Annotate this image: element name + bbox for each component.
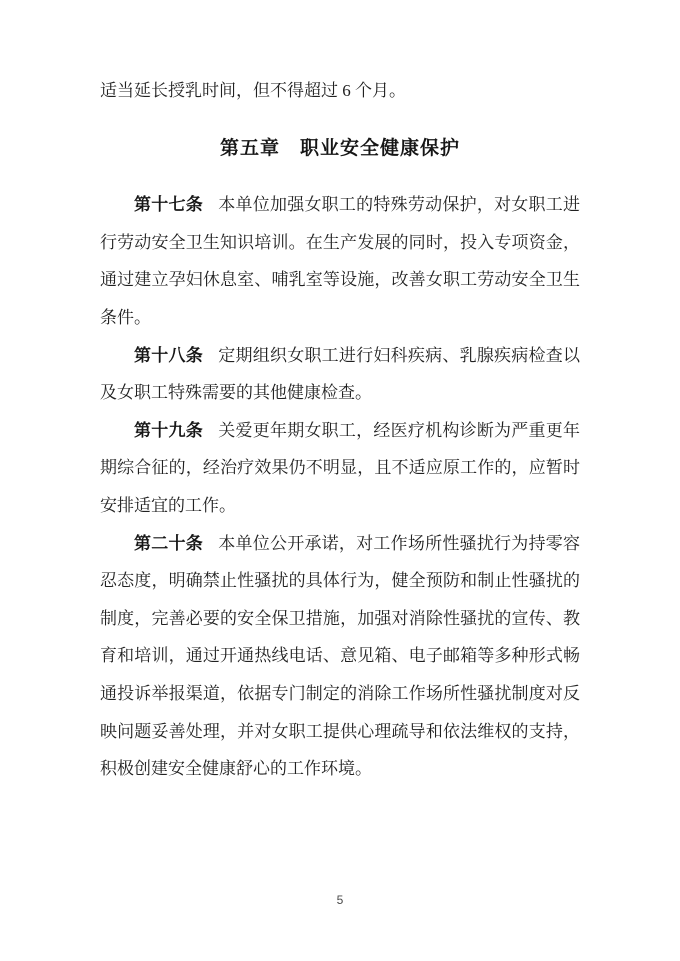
document-page: 适当延长授乳时间，但不得超过 6 个月。 第五章 职业安全健康保护 第十七条本单… bbox=[0, 0, 680, 961]
article-paragraph-20: 第二十条本单位公开承诺，对工作场所性骚扰行为持零容忍态度，明确禁止性骚扰的具体行… bbox=[100, 525, 580, 788]
page-number: 5 bbox=[0, 893, 680, 907]
article-paragraph-19: 第十九条关爱更年期女职工，经医疗机构诊断为严重更年期综合征的，经治疗效果仍不明显… bbox=[100, 412, 580, 525]
article-text: 本单位公开承诺，对工作场所性骚扰行为持零容忍态度，明确禁止性骚扰的具体行为，健全… bbox=[100, 534, 580, 779]
article-paragraph-18: 第十八条定期组织女职工进行妇科疾病、乳腺疾病检查以及女职工特殊需要的其他健康检查… bbox=[100, 337, 580, 412]
article-paragraph-17: 第十七条本单位加强女职工的特殊劳动保护，对女职工进行劳动安全卫生知识培训。在生产… bbox=[100, 186, 580, 336]
article-label: 第二十条 bbox=[134, 534, 203, 553]
continuation-paragraph: 适当延长授乳时间，但不得超过 6 个月。 bbox=[100, 72, 580, 110]
chapter-heading: 第五章 职业安全健康保护 bbox=[100, 130, 580, 168]
article-label: 第十九条 bbox=[134, 421, 203, 440]
article-label: 第十七条 bbox=[134, 195, 203, 214]
article-label: 第十八条 bbox=[134, 346, 203, 365]
article-text: 本单位加强女职工的特殊劳动保护，对女职工进行劳动安全卫生知识培训。在生产发展的同… bbox=[100, 195, 580, 327]
